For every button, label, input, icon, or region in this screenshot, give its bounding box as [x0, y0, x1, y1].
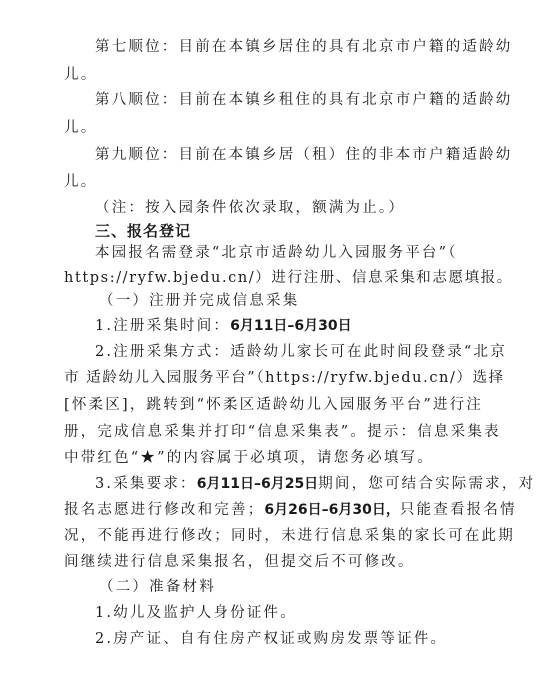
registration-time-dates: 6月11日–6月30日 [230, 318, 351, 334]
subsection-2-heading: （二）准备材料 [99, 578, 519, 596]
collection-requirement-line1: 3.采集要求：6月11日–6月25日期间，您可结合实际需求，对 [95, 475, 485, 493]
registration-method-line5: 中带红色“★”的内容属于必填项，请您务必填写。 [64, 449, 484, 467]
document-page: 第七顺位：目前在本镇乡居住的具有北京市户籍的适龄幼 儿。 第八顺位：目前在本镇乡… [0, 0, 539, 690]
section-3-intro-line1: 本园报名需登录“北京市适龄幼儿入园服务平台”（ [95, 244, 485, 262]
registration-time: 1.注册采集时间：6月11日–6月30日 [95, 317, 485, 335]
view-only-period-text: 只能查看报名情 [400, 502, 517, 518]
section-3-heading: 三、报名登记 [95, 222, 485, 240]
collection-requirement-label: 3.采集要求： [95, 476, 197, 492]
priority-9-line1: 第九顺位：目前在本镇乡居（租）住的非本市户籍适龄幼 [95, 146, 485, 164]
admission-note: （注：按入园条件依次录取，额满为止。） [95, 199, 485, 217]
registration-method-line4: 册，完成信息采集并打印“信息采集表”。提示：信息采集表 [64, 423, 484, 441]
section-3-intro-line2: https://ryfw.bjedu.cn/）进行注册、信息采集和志愿填报。 [64, 269, 484, 287]
priority-8-line1: 第八顺位：目前在本镇乡租住的具有北京市户籍的适龄幼 [95, 91, 485, 109]
view-only-period-dates: 6月26日–6月30日， [264, 502, 399, 518]
collection-requirement-line4: 间继续进行信息采集报名，但提交后不可修改。 [64, 553, 484, 571]
materials-item-1: 1.幼儿及监护人身份证件。 [95, 604, 485, 622]
subsection-1-heading: （一）注册并完成信息采集 [99, 292, 519, 310]
edit-period-text2: 报名志愿进行修改和完善； [64, 502, 264, 518]
edit-period-dates: 6月11日–6月25日 [197, 476, 318, 492]
materials-item-2: 2.房产证、自有住房产权证或购房发票等证件。 [95, 630, 485, 648]
registration-method-line1: 2.注册采集方式：适龄幼儿家长可在此时间段登录“北京 [95, 343, 485, 361]
edit-period-text: 期间，您可结合实际需求，对 [318, 476, 535, 492]
priority-9-line2: 儿。 [64, 173, 484, 191]
priority-7-line2: 儿。 [64, 66, 484, 84]
collection-requirement-line3: 况，不能再进行修改；同时，未进行信息采集的家长可在此期 [64, 527, 484, 545]
collection-requirement-line2: 报名志愿进行修改和完善；6月26日–6月30日，只能查看报名情 [64, 501, 484, 519]
priority-8-line2: 儿。 [64, 119, 484, 137]
registration-method-line2: 市 适龄幼儿入园服务平台”（https://ryfw.bjedu.cn/）选择 [64, 369, 484, 387]
registration-method-line3: [怀柔区]，跳转到“怀柔区适龄幼儿入园服务平台”进行注 [64, 396, 484, 414]
priority-7-line1: 第七顺位：目前在本镇乡居住的具有北京市户籍的适龄幼 [95, 38, 485, 56]
registration-time-label: 1.注册采集时间： [95, 318, 230, 334]
